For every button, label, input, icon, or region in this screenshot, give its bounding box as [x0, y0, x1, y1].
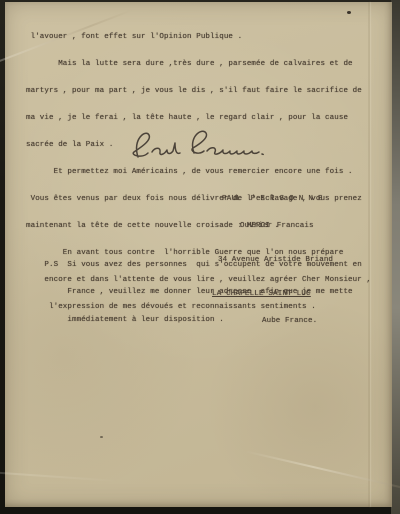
sender-name: PAUL P E R S O N N E	[222, 195, 333, 204]
letter-line: ma vie , je le ferai , la tête haute , l…	[26, 114, 371, 123]
letter-line: Mais la lutte sera dure ,très dure , par…	[26, 60, 371, 69]
signature-handwriting	[122, 125, 272, 171]
sender-title: Ouvrier Francais	[240, 222, 333, 231]
postscript: P.S Si vous avez des personnes qui s'occ…	[26, 242, 362, 344]
paper-speck	[347, 11, 351, 14]
postscript-line: France , veuillez me donner leur adresse…	[26, 288, 362, 297]
letter-line: l'avouer , font effet sur l'Opinion Publ…	[26, 33, 371, 42]
postscript-line: immédiatement à leur disposition .	[26, 316, 362, 325]
postscript-line: P.S Si vous avez des personnes qui s'occ…	[26, 261, 362, 270]
letter-page: l'avouer , font effet sur l'Opinion Publ…	[5, 2, 392, 507]
paper-crease-bottom-right	[245, 450, 400, 491]
paper-crease-bottom-left	[0, 472, 119, 482]
photo-background-edge	[391, 0, 400, 514]
letter-line: martyrs , pour ma part , je vous le dis …	[26, 87, 371, 96]
paper-speck	[100, 436, 103, 438]
